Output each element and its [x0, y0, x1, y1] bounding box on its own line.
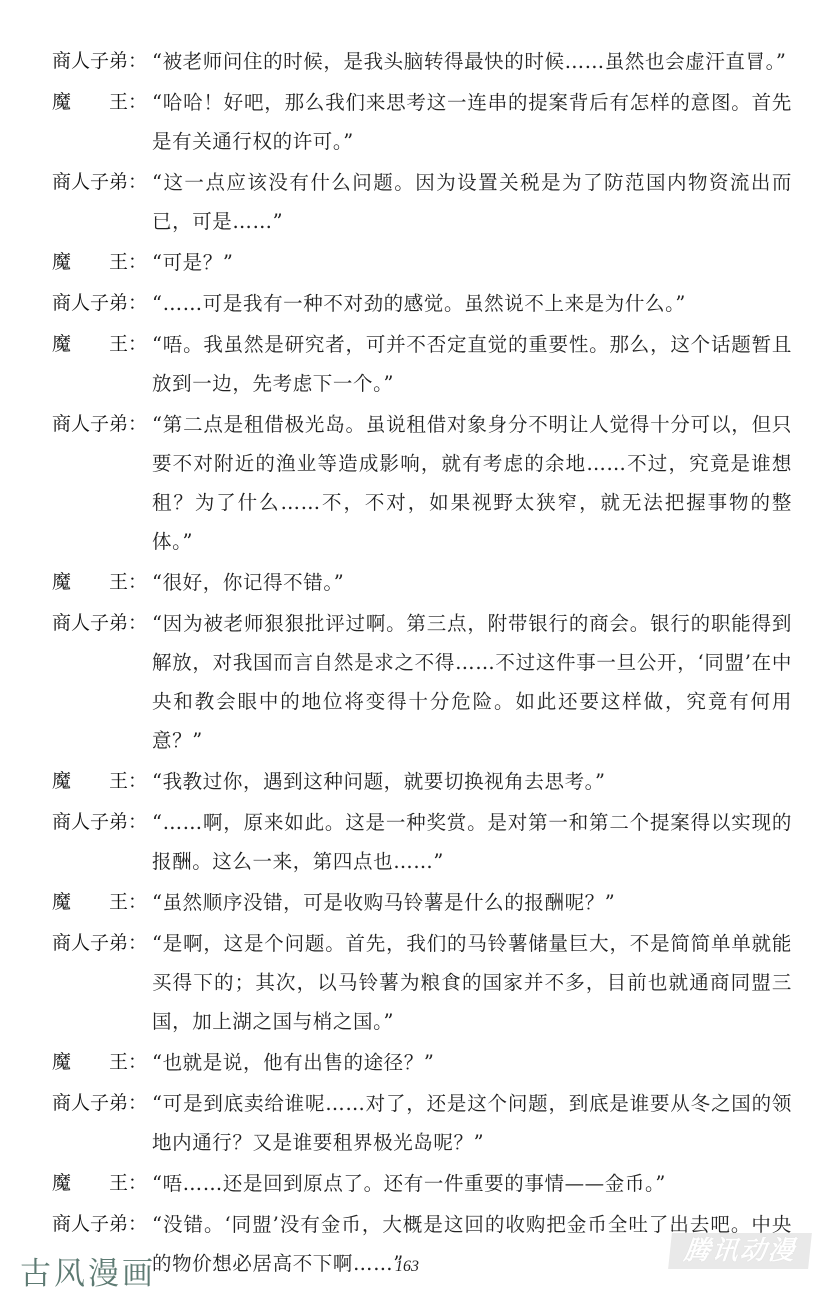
dialogue-entry: 魔 王： “唔。我虽然是研究者，可并不否定直觉的重要性。那么，这个话题暂且放到一…	[52, 325, 792, 403]
dialogue-text: “我教过你，遇到这种问题，就要切换视角去思考。”	[152, 762, 792, 801]
speaker-name: 魔 王：	[52, 83, 152, 122]
dialogue-text: “这一点应该没有什么问题。因为设置关税是为了防范国内物资流出而已，可是……”	[152, 163, 792, 241]
dialogue-text: “……可是我有一种不对劲的感觉。虽然说不上来是为什么。”	[152, 284, 792, 323]
speaker-name: 魔 王：	[52, 1043, 152, 1082]
page-number: 163	[395, 1258, 419, 1276]
dialogue-entry: 商人子弟： “被老师问住的时候，是我头脑转得最快的时候……虽然也会虚汗直冒。”	[52, 42, 792, 81]
speaker-name: 商人子弟：	[52, 405, 152, 444]
dialogue-entry: 魔 王： “虽然顺序没错，可是收购马铃薯是什么的报酬呢？”	[52, 883, 792, 922]
dialogue-text: “哈哈！好吧，那么我们来思考这一连串的提案背后有怎样的意图。首先是有关通行权的许…	[152, 83, 792, 161]
dialogue-text: “第二点是租借极光岛。虽说租借对象身分不明让人觉得十分可以，但只要不对附近的渔业…	[152, 405, 792, 561]
dialogue-entry: 商人子弟： “……可是我有一种不对劲的感觉。虽然说不上来是为什么。”	[52, 284, 792, 323]
dialogue-entry: 商人子弟： “因为被老师狠狠批评过啊。第三点，附带银行的商会。银行的职能得到解放…	[52, 604, 792, 760]
speaker-name: 商人子弟：	[52, 604, 152, 643]
speaker-name: 魔 王：	[52, 883, 152, 922]
dialogue-entry: 商人子弟： “这一点应该没有什么问题。因为设置关税是为了防范国内物资流出而已，可…	[52, 163, 792, 241]
dialogue-text: “可是？”	[152, 243, 792, 282]
dialogue-text: “唔。我虽然是研究者，可并不否定直觉的重要性。那么，这个话题暂且放到一边，先考虑…	[152, 325, 792, 403]
dialogue-entry: 魔 王： “可是？”	[52, 243, 792, 282]
dialogue-entry: 商人子弟： “……啊，原来如此。这是一种奖赏。是对第一和第二个提案得以实现的报酬…	[52, 803, 792, 881]
speaker-name: 魔 王：	[52, 243, 152, 282]
speaker-name: 商人子弟：	[52, 924, 152, 963]
dialogue-entry: 魔 王： “唔……还是回到原点了。还有一件重要的事情——金币。”	[52, 1164, 792, 1203]
speaker-name: 商人子弟：	[52, 1205, 152, 1244]
dialogue-text: “是啊，这是个问题。首先，我们的马铃薯储量巨大，不是简简单单就能买得下的；其次，…	[152, 924, 792, 1041]
dialogue-entry: 魔 王： “我教过你，遇到这种问题，就要切换视角去思考。”	[52, 762, 792, 801]
speaker-name: 商人子弟：	[52, 1084, 152, 1123]
dialogue-entry: 商人子弟： “可是到底卖给谁呢……对了，还是这个问题，到底是谁要从冬之国的领地内…	[52, 1084, 792, 1162]
publisher-watermark: 腾讯动漫	[668, 1233, 812, 1269]
dialogue-entry: 商人子弟： “第二点是租借极光岛。虽说租借对象身分不明让人觉得十分可以，但只要不…	[52, 405, 792, 561]
speaker-name: 魔 王：	[52, 563, 152, 602]
dialogue-entry: 商人子弟： “是啊，这是个问题。首先，我们的马铃薯储量巨大，不是简简单单就能买得…	[52, 924, 792, 1041]
dialogue-text: “唔……还是回到原点了。还有一件重要的事情——金币。”	[152, 1164, 792, 1203]
dialogue-text: “被老师问住的时候，是我头脑转得最快的时候……虽然也会虚汗直冒。”	[152, 42, 792, 81]
speaker-name: 商人子弟：	[52, 163, 152, 202]
dialogue-text: “也就是说，他有出售的途径？”	[152, 1043, 792, 1082]
dialogue-entry: 魔 王： “哈哈！好吧，那么我们来思考这一连串的提案背后有怎样的意图。首先是有关…	[52, 83, 792, 161]
speaker-name: 商人子弟：	[52, 42, 152, 81]
dialogue-text: “……啊，原来如此。这是一种奖赏。是对第一和第二个提案得以实现的报酬。这么一来，…	[152, 803, 792, 881]
dialogue-list: 商人子弟： “被老师问住的时候，是我头脑转得最快的时候……虽然也会虚汗直冒。” …	[52, 42, 792, 1285]
dialogue-text: “虽然顺序没错，可是收购马铃薯是什么的报酬呢？”	[152, 883, 792, 922]
dialogue-entry: 魔 王： “也就是说，他有出售的途径？”	[52, 1043, 792, 1082]
dialogue-text: “可是到底卖给谁呢……对了，还是这个问题，到底是谁要从冬之国的领地内通行？又是谁…	[152, 1084, 792, 1162]
dialogue-text: “很好，你记得不错。”	[152, 563, 792, 602]
speaker-name: 魔 王：	[52, 325, 152, 364]
speaker-name: 商人子弟：	[52, 284, 152, 323]
dialogue-entry: 魔 王： “很好，你记得不错。”	[52, 563, 792, 602]
speaker-name: 魔 王：	[52, 762, 152, 801]
dialogue-text: “因为被老师狠狠批评过啊。第三点，附带银行的商会。银行的职能得到解放，对我国而言…	[152, 604, 792, 760]
speaker-name: 魔 王：	[52, 1164, 152, 1203]
site-logo-watermark: 古风漫画	[20, 1248, 156, 1291]
book-page: 商人子弟： “被老师问住的时候，是我头脑转得最快的时候……虽然也会虚汗直冒。” …	[0, 0, 820, 1291]
speaker-name: 商人子弟：	[52, 803, 152, 842]
